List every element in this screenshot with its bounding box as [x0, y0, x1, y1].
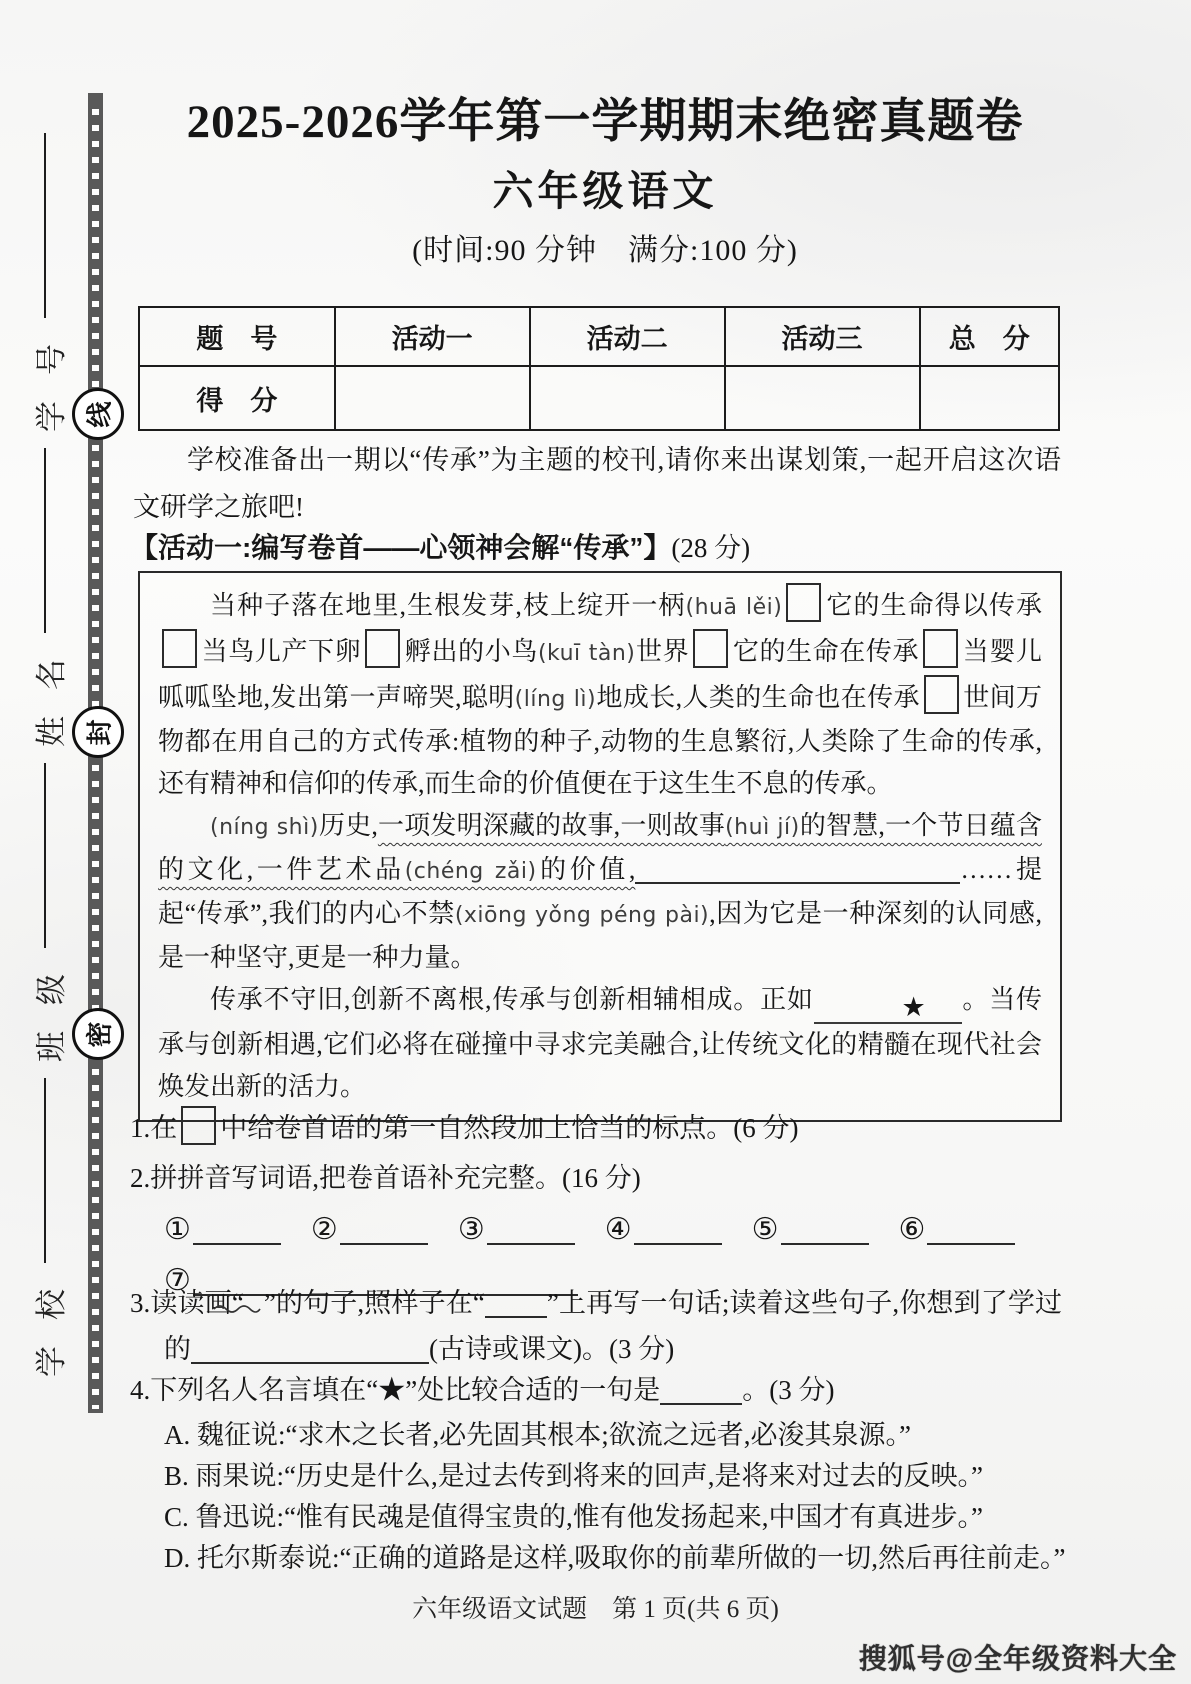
punctuation-box	[786, 583, 821, 622]
punctuation-box	[181, 1106, 216, 1145]
seal-circle-mi: 密	[72, 1008, 124, 1060]
score-cell-empty	[335, 366, 530, 430]
question-4-text: 下列名人名言填在“★”处比较合适的一句是。(3 分)	[150, 1375, 834, 1405]
score-table: 题 号活动一活动二活动三总 分 得 分	[138, 306, 1060, 431]
name-label: 姓名	[26, 633, 71, 757]
question-4-options: A. 魏征说:“求木之长者,必先固其根本;欲流之远者,必浚其泉源。”B. 雨果说…	[130, 1415, 1062, 1579]
activity1-heading: 【活动一:编写卷首——心领神会解“传承”】(28 分)	[130, 529, 1060, 568]
passage-text: 在	[150, 1113, 177, 1143]
punctuation-box	[923, 629, 958, 668]
passage-text: 传承不守旧,创新不离根,传承与创新相辅相成。正如	[210, 985, 814, 1014]
passage-text: 地成长,人类的生命也在传承	[596, 683, 920, 712]
passage-text: 当种子落在地里,生根发芽,枝上绽开一柄	[210, 591, 685, 620]
question-2-text: 拼拼音写词语,把卷首语补充完整。(16 分)	[150, 1163, 640, 1193]
passage-paragraph-3: 传承不守旧,创新不离根,传承与创新相辅相成。正如★。当传承与创新相遇,它们必将在…	[158, 979, 1042, 1108]
score-table-header-cell: 题 号	[139, 307, 335, 366]
passage-paragraph-2: (níng shì)历史,一项发明深藏的故事,一则故事(huì jí)的智慧,一…	[158, 805, 1042, 979]
punctuation-box	[162, 629, 197, 668]
question-2-blanks-row-1: ①②③④⑤⑥	[130, 1209, 1062, 1251]
score-cell-empty	[725, 366, 920, 430]
student-info-margin: 学校 班级 姓名 学号	[28, 127, 68, 1387]
school-blank-line	[42, 1078, 46, 1263]
circled-number: ⑤	[752, 1213, 779, 1246]
intro-paragraph: 学校准备出一期以“传承”为主题的校刊,请你来出谋划策,一起开启这次语文研学之旅吧…	[133, 437, 1061, 531]
passage-text: 它的生命在传承	[732, 637, 919, 666]
passage-text: 中给卷首语的第一自然段加上恰当的标点。(6 分)	[220, 1113, 798, 1143]
passage-text: 它的生命得以传承	[825, 591, 1042, 620]
circled-number: ①	[164, 1213, 191, 1246]
answer-blank	[660, 1393, 742, 1405]
passage-text: 。(3 分)	[742, 1375, 834, 1405]
passage-text: 下列名人名言填在“★”处比较合适的一句是	[150, 1375, 660, 1405]
student-id-blank-line	[42, 133, 46, 318]
page-footer: 六年级语文试题 第 1 页(共 6 页)	[0, 1589, 1191, 1625]
question-4-number: 4.	[130, 1375, 150, 1405]
score-table-header-cell: 活动三	[725, 307, 920, 366]
score-table-header-row: 题 号活动一活动二活动三总 分	[139, 307, 1059, 366]
spacer	[722, 1238, 752, 1239]
choice-option: C. 鲁迅说:“惟有民魂是值得宝贵的,惟有他发扬起来,中国才有真进步。”	[130, 1497, 1062, 1538]
exam-paper-page: 学校 班级 姓名 学号 线 封 密 2025-2026学年第一学期期末绝密真题卷…	[0, 0, 1191, 1684]
circled-number: ④	[605, 1213, 632, 1246]
student-id-label: 学号	[26, 318, 71, 442]
punctuation-box	[365, 629, 400, 668]
activity1-heading-text: 【活动一:编写卷首——心领神会解“传承”】	[130, 532, 671, 563]
circled-number: ③	[458, 1213, 485, 1246]
spacer	[575, 1238, 605, 1239]
time-score-info: (时间:90 分钟 满分:100 分)	[110, 231, 1100, 271]
score-table-header-cell: 总 分	[920, 307, 1060, 366]
answer-blank	[485, 1306, 547, 1318]
answer-blank	[340, 1233, 428, 1245]
name-blank-line	[42, 448, 46, 633]
answer-blank	[193, 1233, 281, 1245]
wavy-line-mark	[246, 1283, 262, 1327]
score-cell-empty	[530, 366, 725, 430]
passage-text: ”的句子,照样子在“	[264, 1288, 485, 1318]
passage-text: 当鸟儿产下卵	[201, 637, 361, 666]
pinyin-hint: (chéng zǎi)	[405, 859, 537, 884]
question-4: 4.下列名人名言填在“★”处比较合适的一句是。(3 分) A. 魏征说:“求木之…	[130, 1368, 1062, 1579]
school-label: 学校	[26, 1263, 71, 1387]
answer-blank	[781, 1233, 869, 1245]
spacer	[281, 1238, 311, 1239]
pinyin-hint: (líng lì)	[515, 687, 596, 712]
passage-paragraph-1: 当种子落在地里,生根发芽,枝上绽开一柄(huā lěi)它的生命得以传承当鸟儿产…	[158, 583, 1042, 805]
question-3-text: 读读画“”的句子,照样子在“”上再写一句话;读着这些句子,你想到了学过的(古诗或…	[150, 1288, 1062, 1364]
pinyin-hint: (xiōng yǒng péng pài)	[455, 903, 709, 928]
score-table-header-cell: 活动二	[530, 307, 725, 366]
circled-number: ②	[311, 1213, 338, 1246]
paper-header: 2025-2026学年第一学期期末绝密真题卷 六年级语文 (时间:90 分钟 满…	[110, 92, 1100, 271]
answer-blank	[635, 872, 960, 884]
choice-option: A. 魏征说:“求木之长者,必先固其根本;欲流之远者,必浚其泉源。”	[130, 1415, 1062, 1456]
pinyin-hint: (níng shì)	[210, 815, 319, 840]
question-1-text: 在中给卷首语的第一自然段加上恰当的标点。(6 分)	[150, 1113, 798, 1143]
score-table-header-cell: 活动一	[335, 307, 530, 366]
passage-text: 一项发明深藏的故事,一则故事	[378, 811, 725, 840]
passage-box: 当种子落在地里,生根发芽,枝上绽开一柄(huā lěi)它的生命得以传承当鸟儿产…	[138, 571, 1062, 1122]
question-3: 3.读读画“”的句子,照样子在“”上再写一句话;读着这些句子,你想到了学过的(古…	[130, 1281, 1062, 1371]
answer-blank	[927, 1233, 1015, 1245]
question-3-number: 3.	[130, 1288, 150, 1318]
passage-text: (古诗或课文)。(3 分)	[429, 1334, 674, 1364]
punctuation-box	[924, 675, 959, 714]
score-table-score-row: 得 分	[139, 366, 1059, 430]
passage-text: 孵出的小鸟	[404, 637, 538, 666]
spacer	[428, 1238, 458, 1239]
passage-text: 的价值,	[537, 855, 636, 884]
pinyin-hint: (huā lěi)	[685, 595, 782, 620]
choice-option: D. 托尔斯泰说:“正确的道路是这样,吸取你的前辈所做的一切,然后再往前走。”	[130, 1538, 1062, 1579]
seal-circle-line: 线	[72, 388, 124, 440]
watermark-text: 搜狐号@全年级资料大全	[859, 1637, 1177, 1677]
seal-circle-feng: 封	[72, 706, 124, 758]
passage-text: 历史,	[319, 811, 378, 840]
passage-text: 世界	[635, 637, 689, 666]
activity1-points: (28 分)	[671, 533, 750, 563]
pinyin-hint: (huì jí)	[725, 815, 800, 840]
paper-subtitle: 六年级语文	[110, 165, 1100, 217]
score-row-label: 得 分	[139, 366, 335, 430]
question-2-number: 2.	[130, 1163, 150, 1193]
answer-blank	[487, 1233, 575, 1245]
pinyin-hint: (kuī tàn)	[538, 641, 635, 666]
star-blank: ★	[814, 986, 962, 1024]
punctuation-box	[693, 629, 728, 668]
answer-blank	[634, 1233, 722, 1245]
circled-number: ⑥	[899, 1213, 926, 1246]
passage-text: 拼拼音写词语,把卷首语补充完整。(16 分)	[150, 1163, 640, 1193]
paper-title: 2025-2026学年第一学期期末绝密真题卷	[110, 92, 1100, 152]
spacer	[869, 1238, 899, 1239]
answer-blank	[191, 1352, 429, 1364]
class-blank-line	[42, 763, 46, 948]
question-1-number: 1.	[130, 1113, 150, 1143]
score-cell-empty	[920, 366, 1060, 430]
choice-option: B. 雨果说:“历史是什么,是过去传到将来的回声,是将来对过去的反映。”	[130, 1456, 1062, 1497]
class-label: 班级	[26, 948, 71, 1072]
question-1: 1.在中给卷首语的第一自然段加上恰当的标点。(6 分)	[130, 1106, 1062, 1150]
